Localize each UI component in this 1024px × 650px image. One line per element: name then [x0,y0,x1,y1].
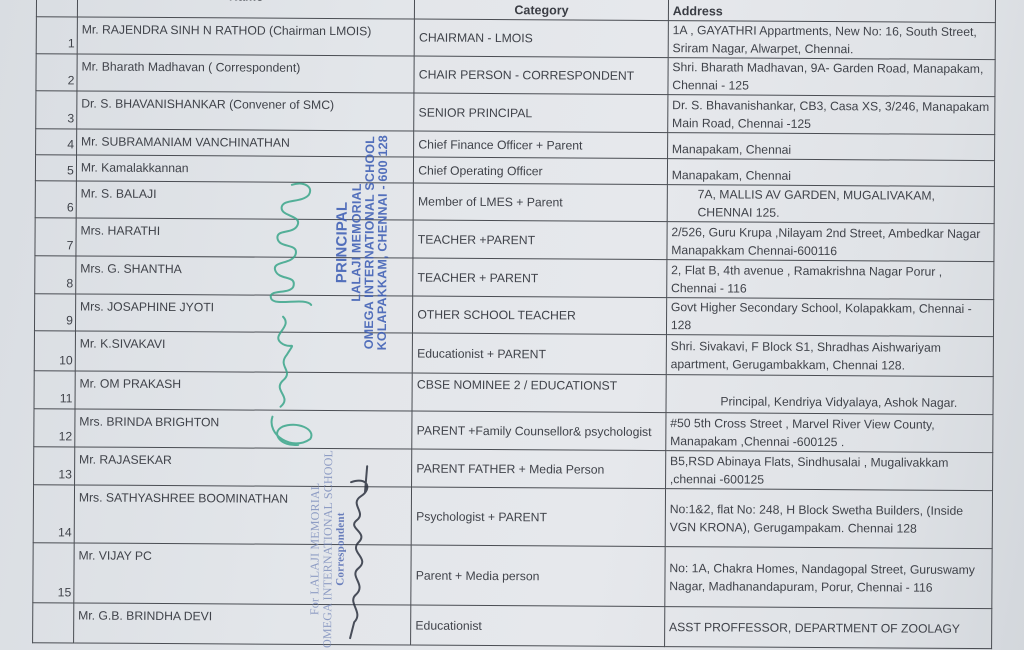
member-address-text: 7A, MALLIS AV GARDEN, MUGALIVAKAM, CHENN… [671,185,989,223]
member-category: Chief Finance Officer + Parent [414,131,668,159]
member-name: Mr. Bharath Madhavan ( Correspondent) [77,54,415,93]
table-row: 10Mr. K.SIVAKAVIEducationist + PARENTShr… [34,331,993,377]
row-number: 7 [35,218,76,256]
row-number: 5 [35,155,76,181]
member-address: Manapakam, Chennai [667,159,994,187]
table-row: 8Mrs. G. SHANTHATEACHER + PARENT2, Flat … [35,256,994,300]
members-table: Name Category Address 1Mr. RAJENDRA SINH… [32,0,996,649]
table-row: 11Mr. OM PRAKASHCBSE NOMINEE 2 / EDUCATI… [34,371,993,415]
row-number: 15 [33,543,74,603]
table-row: Mr. G.B. BRINDHA DEVIEducationistASST PR… [33,603,992,649]
table-row: 13Mr. RAJASEKARPARENT FATHER + Media Per… [34,447,993,491]
row-number: 13 [34,447,75,485]
table-row: 7Mrs. HARATHITEACHER +PARENT2/526, Guru … [35,218,994,262]
table-row: 1Mr. RAJENDRA SINH N RATHOD (Chairman LM… [36,17,995,60]
member-name: Mr. G.B. BRINDHA DEVI [73,603,411,645]
member-address: No: 1A, Chakra Homes, Nandagopal Street,… [665,547,993,609]
member-address: Manapakam, Chennai [667,133,994,161]
member-address: B5,RSD Abinaya Flats, Sindhusalai , Muga… [665,451,992,491]
member-address: ASST PROFFESSOR, DEPARTMENT OF ZOOLAGY [664,607,991,649]
member-category: Educationist + PARENT [412,333,666,375]
row-number: 8 [35,256,76,294]
principal-stamp: PRINCIPAL LALAJI MEMORIAL OMEGA INTERNAT… [334,135,390,351]
member-address: Principal, Kendriya Vidyalaya, Ashok Nag… [666,375,993,415]
member-address: Dr. S. Bhavanishankar, CB3, Casa XS, 3/2… [668,95,995,135]
row-number [33,603,74,643]
member-category: Parent + Media person [411,545,665,607]
table-row: 12Mrs. BRINDA BRIGHTONPARENT +Family Cou… [34,409,993,453]
member-address: 2, Flat B, 4th avenue , Ramakrishna Naga… [667,260,994,300]
member-address: Shri. Bharath Madhavan, 9A- Garden Road,… [668,58,995,97]
row-number: 1 [36,17,77,54]
member-category: TEACHER + PARENT [413,258,667,298]
member-category: OTHER SCHOOL TEACHER [413,296,667,335]
member-category: CHAIRMAN - LMOIS [414,19,668,58]
member-category: PARENT +Family Counsellor& psychologist [412,411,666,451]
member-category: CHAIR PERSON - CORRESPONDENT [414,56,668,95]
member-category: Member of LMES + Parent [413,183,667,222]
member-address: Govt Higher Secondary School, Kolapakkam… [666,298,993,337]
stamp-line: Correspondent [334,450,348,648]
row-number: 3 [36,91,77,129]
correspondent-stamp: For LALAJI MEMORIAL OMEGA INTERNATIONAL … [308,450,348,648]
member-category: CBSE NOMINEE 2 / EDUCATIONST [412,373,666,413]
table-row: 3Dr. S. BHAVANISHANKAR (Convener of SMC)… [36,91,995,135]
row-number: 14 [33,485,74,543]
member-category: Psychologist + PARENT [411,487,665,547]
row-number: 10 [34,331,75,371]
member-address: No:1&2, flat No: 248, H Block Swetha Bui… [665,489,993,549]
table-row: 9Mrs. JOSAPHINE JYOTIOTHER SCHOOL TEACHE… [34,294,993,337]
member-category: TEACHER +PARENT [413,220,667,260]
scanned-document: Name Category Address 1Mr. RAJENDRA SINH… [0,0,1024,650]
member-name: Mrs. BRINDA BRIGHTON [75,409,413,449]
member-address: 1A , GAYATHRI Appartments, New No: 16, S… [668,21,995,60]
member-address: #50 5th Cross Street , Marvel River View… [666,413,993,453]
header-name: Name [77,0,415,19]
row-number: 6 [35,181,76,218]
member-address-text: Principal, Kendriya Vidyalaya, Ashok Nag… [670,378,988,412]
member-name: Mr. RAJASEKAR [74,447,412,487]
member-address: 2/526, Guru Krupa ,Nilayam 2nd Street, A… [667,222,994,262]
table-row: 2Mr. Bharath Madhavan ( Correspondent)CH… [36,54,995,97]
member-name: Mrs. SATHYASHREE BOOMINATHAN [74,485,412,545]
table-row: 14Mrs. SATHYASHREE BOOMINATHANPsychologi… [33,485,992,549]
member-name: Dr. S. BHAVANISHANKAR (Convener of SMC) [77,91,415,131]
row-number: 9 [34,294,75,331]
header-address: Address [668,0,995,23]
member-name: Mr. OM PRAKASH [75,371,413,411]
header-category: Category [415,0,669,21]
member-category: Chief Operating Officer [414,157,668,185]
stamp-line: KOLAPAKKAM, CHENNAI - 600 128 [376,135,390,350]
stamp-line: OMEGA INTERNATIONAL SCHOOL [321,450,335,648]
row-number: 12 [34,409,75,447]
table-row: 6Mr. S. BALAJIMember of LMES + Parent7A,… [35,181,994,224]
member-name: Mr. VIJAY PC [74,543,412,605]
row-number: 4 [36,129,77,155]
member-name: Mr. RAJENDRA SINH N RATHOD (Chairman LMO… [77,17,415,56]
member-category: PARENT FATHER + Media Person [412,449,666,489]
table-row: 15Mr. VIJAY PCParent + Media personNo: 1… [33,543,992,609]
member-address: Shri. Sivakavi, F Block S1, Shradhas Ais… [666,335,993,377]
header-num [36,0,77,17]
row-number: 2 [36,54,77,91]
row-number: 11 [34,371,75,409]
member-address: 7A, MALLIS AV GARDEN, MUGALIVAKAM, CHENN… [667,185,994,224]
member-category: Educationist [411,605,665,647]
member-category: SENIOR PRINCIPAL [414,93,668,133]
